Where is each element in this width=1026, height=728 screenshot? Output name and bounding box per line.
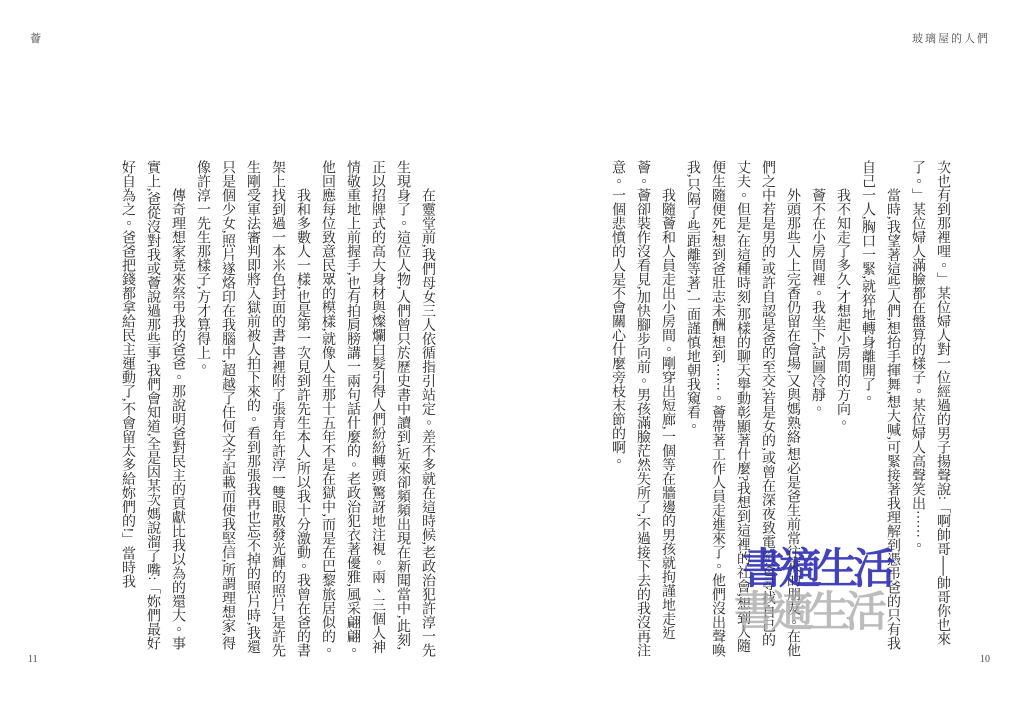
book-spread: 薈 在靈堂前,我們母女三人依循指引站定。差不多就在這時候,老政治犯許淳一先生現身…: [0, 0, 1026, 728]
paragraph: 當時,我望著這些人們,想抬手揮舞,想大喊,可緊接著我理解到憑弔爸的只有我自己一人…: [855, 160, 905, 660]
paragraph: 傳奇理想家竟來祭弔我的爸爸。那說明爸對民主的貢獻比我以為的還大。事實上,爸從沒對…: [115, 160, 190, 660]
right-page-number: 10: [980, 654, 990, 665]
paragraph: 我和多數人一樣,也是第一次見到許先生本人,所以我十分激動。我曾在爸的書架上找到過…: [190, 160, 315, 660]
book-title-running-head: 玻璃屋的人們: [912, 30, 990, 46]
paragraph: 我不知走了多久,才想起小房間的方向。: [830, 160, 855, 660]
left-page-number: 11: [28, 654, 38, 665]
chapter-running-head: 薈: [30, 30, 43, 46]
paragraph: 我隨薈和人員走出小房間。剛穿出短廊,一個等在牆邊的男孩就拘謹地走近薈。薈卻裝作沒…: [605, 160, 680, 660]
paragraph: 薈不在小房間裡。我坐下,試圖冷靜。: [805, 160, 830, 660]
paragraph: 次也有到那裡哩。」某位婦人對一位經過的男子揚聲說:「啊帥哥──帥哥你也來了。」某…: [905, 160, 955, 660]
paragraph: 在靈堂前,我們母女三人依循指引站定。差不多就在這時候,老政治犯許淳一先生現身了。…: [315, 160, 440, 660]
left-page-text: 在靈堂前,我們母女三人依循指引站定。差不多就在這時候,老政治犯許淳一先生現身了。…: [115, 160, 440, 660]
right-page-text: 次也有到那裡哩。」某位婦人對一位經過的男子揚聲說:「啊帥哥──帥哥你也來了。」某…: [605, 160, 955, 660]
paragraph: 外頭那些人上完香仍留在會場,又與媽熟絡,想必是爸生前常往來的朋友。在他們之中若是…: [680, 160, 805, 660]
